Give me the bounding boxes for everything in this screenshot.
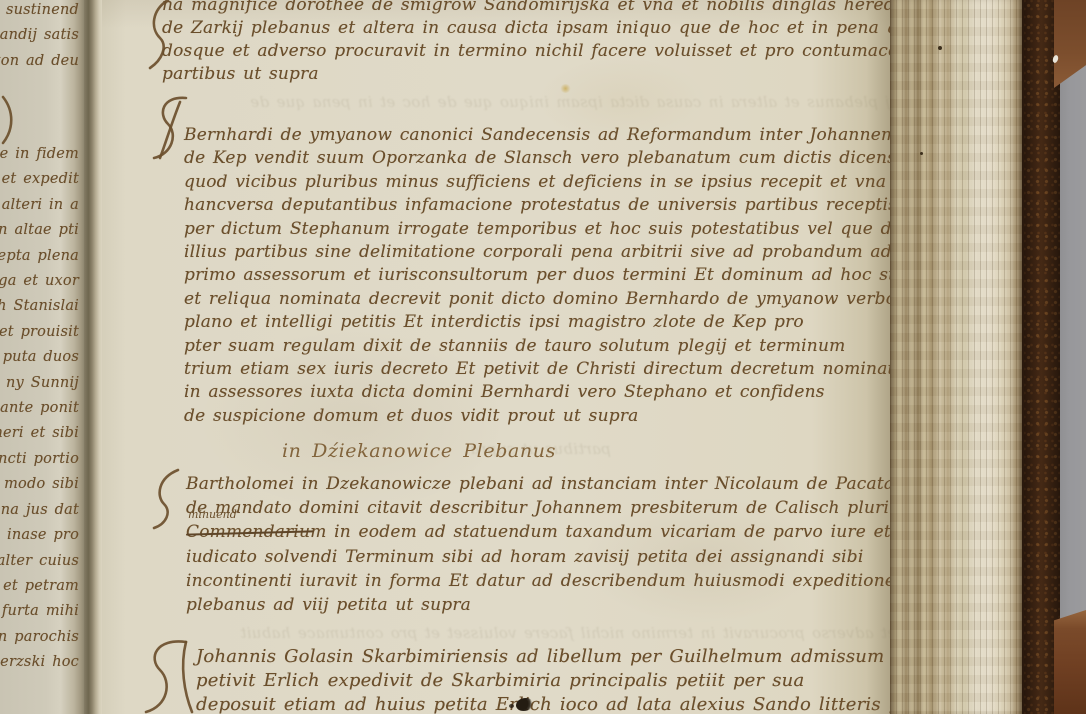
bleedthrough-text: de Zarkij plebanus et altera in causa di… [250, 93, 958, 111]
text-line: modo sibi [0, 472, 79, 497]
left-page-fragment: ad sustinendmandij satisston ad deu spe … [0, 0, 84, 714]
edge-speck [920, 152, 923, 155]
text-line: gen parochis [0, 625, 79, 650]
text-line: inberzski hoc [0, 650, 79, 675]
text-line: petivit Erlich expedivit de Skarbimiria … [196, 669, 952, 693]
bleedthrough-text: dosque et adverso procuravit in termino … [240, 624, 960, 642]
text-line: ena jus dat [0, 498, 79, 523]
foxing-stain [560, 84, 571, 93]
text-line: inase pro [0, 523, 79, 548]
text-line: alter cuius [0, 549, 79, 574]
text-line: incontinenti iuravit in forma Et datur a… [186, 569, 920, 593]
text-line: spe in fidem [0, 142, 79, 167]
fore-edge-page-stack [890, 0, 1022, 714]
text-line: quod vicibus pluribus minus sufficiens e… [184, 171, 963, 194]
intro-entry: na magnifice dorothee de smigrow Sandomi… [162, 0, 962, 86]
text-line: de mandato domini citavit describitur Jo… [186, 496, 920, 520]
text-line: Bernhardi de ymyanow canonici Sandecensi… [184, 124, 963, 147]
background-surface [1060, 0, 1086, 714]
text-line: et prouisit [0, 320, 79, 345]
text-line: plano et intelligi petitis Et interdicti… [184, 311, 963, 334]
text-line: plebanus ad viij petita ut supra [186, 593, 920, 617]
text-line: deposuit etiam ad huius petita Erlich io… [196, 693, 952, 714]
johannis-initial-flourish [138, 636, 196, 714]
text-line: de Kep vendit suum Oporzanka de Slansch … [184, 147, 963, 170]
text-line: de Zarkij plebanus et altera in causa di… [162, 17, 962, 40]
text-line: de suspicione domum et duos vidit prout … [184, 405, 963, 428]
text-line: illius partibus sine delimitatione corpo… [184, 241, 963, 264]
text-line: ga et uxor [0, 269, 79, 294]
text-line: Johannis Golasin Skarbimiriensis ad libe… [196, 645, 952, 669]
text-line: teneri et sibi [0, 421, 79, 446]
text-line: primo assessorum et iurisconsultorum per… [184, 264, 963, 287]
text-line: b alteri in a [0, 193, 79, 218]
text-line: furta mihi [0, 599, 79, 624]
text-line: iudicato solvendi Terminum sibi ad horam… [186, 545, 920, 569]
text-line: ny Sunnij [0, 371, 79, 396]
text-line: h Stanislai [0, 294, 79, 319]
leather-corner-bottom [1054, 610, 1086, 714]
text-line: ad sustinend [0, 0, 79, 23]
text-line: pter suam regulam dixit de stanniis de t… [184, 335, 963, 358]
text-line: na magnifice dorothee de smigrow Sandomi… [162, 0, 962, 17]
edge-speck [938, 46, 942, 50]
text-line: et reliqua nominata decrevit ponit dicto… [184, 288, 963, 311]
text-line: per dictum Stephanum irrogate temporibus… [184, 218, 963, 241]
manuscript-photo: ad sustinendmandij satisston ad deu spe … [0, 0, 1086, 714]
text-line: trium etiam sex iuris decreto Et petivit… [184, 358, 963, 381]
text-line: et expedit [0, 167, 79, 192]
entry-heading: in Dźiekanowice Plebanus [282, 440, 556, 462]
leather-cover-edge [1022, 0, 1062, 714]
gutter-shadow [84, 0, 102, 714]
text-line: mandij satis [0, 23, 79, 48]
left-page-lines: spe in fidemet expeditb alteri in ain al… [0, 142, 79, 676]
text-line: Bartholomei in Dzekanowicze plebani ad i… [186, 472, 920, 496]
bernhardi-entry: Bernhardi de ymyanow canonici Sandecensi… [184, 124, 963, 428]
bartholomei-initial-flourish [150, 468, 184, 532]
text-line: in assessores iuxta dicta domini Bernhar… [184, 381, 963, 404]
text-line: rrepta plena [0, 244, 79, 269]
text-line: hancversa deputantibus infamacione prote… [184, 194, 963, 217]
text-line: puta duos [0, 345, 79, 370]
text-line: ante ponit [0, 396, 79, 421]
text-line: partibus ut supra [162, 63, 962, 86]
text-line: et petram [0, 574, 79, 599]
left-page-top-lines: ad sustinendmandij satisston ad deu [0, 0, 79, 74]
text-line: in altae pti [0, 218, 79, 243]
text-line: ston ad deu [0, 49, 79, 74]
interlinear-insertion: minuend [188, 508, 237, 521]
text-line: dosque et adverso procuravit in termino … [162, 40, 962, 63]
text-line: sancti portio [0, 447, 79, 472]
margin-flourish [1, 94, 15, 146]
bartholomei-entry: Bartholomei in Dzekanowicze plebani ad i… [186, 472, 920, 617]
johannis-entry: Johannis Golasin Skarbimiriensis ad libe… [196, 645, 952, 714]
